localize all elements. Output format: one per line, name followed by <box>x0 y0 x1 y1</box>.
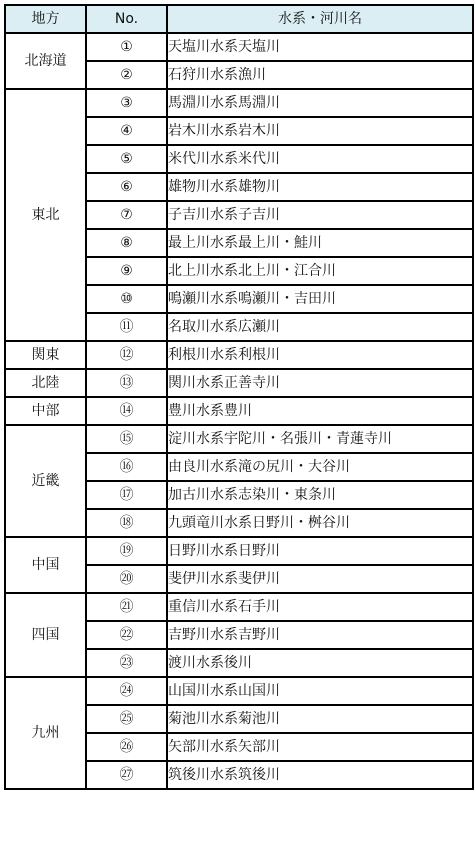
number-cell: ㉒ <box>86 621 167 649</box>
number-cell: ㉗ <box>86 761 167 789</box>
number-cell: ⑮ <box>86 425 167 453</box>
river-name-cell: 日野川水系日野川 <box>167 537 473 565</box>
river-name-cell: 利根川水系利根川 <box>167 341 473 369</box>
number-cell: ㉑ <box>86 593 167 621</box>
header-row: 地方 No. 水系・河川名 <box>5 5 473 33</box>
river-name-cell: 重信川水系石手川 <box>167 593 473 621</box>
number-cell: ③ <box>86 89 167 117</box>
river-name-cell: 馬淵川水系馬淵川 <box>167 89 473 117</box>
river-name-cell: 天塩川水系天塩川 <box>167 33 473 61</box>
region-cell-tohoku: 東北 <box>5 89 86 341</box>
river-name-cell: 米代川水系米代川 <box>167 145 473 173</box>
number-cell: ② <box>86 61 167 89</box>
number-cell: ㉕ <box>86 705 167 733</box>
river-name-cell: 淀川水系宇陀川・名張川・青蓮寺川 <box>167 425 473 453</box>
number-cell: ⑩ <box>86 285 167 313</box>
river-name-cell: 子吉川水系子吉川 <box>167 201 473 229</box>
river-name-cell: 矢部川水系矢部川 <box>167 733 473 761</box>
table-row: 九州 ㉔ 山国川水系山国川 <box>5 677 473 705</box>
region-cell-hokkaido: 北海道 <box>5 33 86 89</box>
river-name-cell: 豊川水系豊川 <box>167 397 473 425</box>
region-cell-kinki: 近畿 <box>5 425 86 537</box>
table-row: 中国 ⑲ 日野川水系日野川 <box>5 537 473 565</box>
river-name-cell: 石狩川水系漁川 <box>167 61 473 89</box>
river-name-cell: 北上川水系北上川・江合川 <box>167 257 473 285</box>
number-cell: ⑥ <box>86 173 167 201</box>
table-row: 近畿 ⑮ 淀川水系宇陀川・名張川・青蓮寺川 <box>5 425 473 453</box>
river-name-cell: 雄物川水系雄物川 <box>167 173 473 201</box>
number-cell: ⑤ <box>86 145 167 173</box>
header-no: No. <box>86 5 167 33</box>
number-cell: ⑬ <box>86 369 167 397</box>
header-region: 地方 <box>5 5 86 33</box>
river-name-cell: 岩木川水系岩木川 <box>167 117 473 145</box>
number-cell: ⑰ <box>86 481 167 509</box>
region-cell-kanto: 関東 <box>5 341 86 369</box>
number-cell: ④ <box>86 117 167 145</box>
region-cell-chubu: 中部 <box>5 397 86 425</box>
river-name-cell: 山国川水系山国川 <box>167 677 473 705</box>
number-cell: ㉓ <box>86 649 167 677</box>
number-cell: ⑦ <box>86 201 167 229</box>
table-row: 北陸 ⑬ 関川水系正善寺川 <box>5 369 473 397</box>
number-cell: ㉖ <box>86 733 167 761</box>
river-name-cell: 鳴瀬川水系鳴瀬川・吉田川 <box>167 285 473 313</box>
river-name-cell: 菊池川水系菊池川 <box>167 705 473 733</box>
river-name-cell: 渡川水系後川 <box>167 649 473 677</box>
header-name: 水系・河川名 <box>167 5 473 33</box>
number-cell: ⑯ <box>86 453 167 481</box>
number-cell: ㉔ <box>86 677 167 705</box>
number-cell: ⑪ <box>86 313 167 341</box>
number-cell: ⑲ <box>86 537 167 565</box>
river-name-cell: 最上川水系最上川・鮭川 <box>167 229 473 257</box>
river-name-cell: 由良川水系滝の尻川・大谷川 <box>167 453 473 481</box>
river-name-cell: 筑後川水系筑後川 <box>167 761 473 789</box>
number-cell: ⑨ <box>86 257 167 285</box>
number-cell: ⑭ <box>86 397 167 425</box>
table-body: 北海道 ① 天塩川水系天塩川 ② 石狩川水系漁川 東北 ③ 馬淵川水系馬淵川 ④… <box>5 33 473 789</box>
region-cell-kyushu: 九州 <box>5 677 86 789</box>
table-row: 中部 ⑭ 豊川水系豊川 <box>5 397 473 425</box>
river-name-cell: 名取川水系広瀬川 <box>167 313 473 341</box>
number-cell: ⑱ <box>86 509 167 537</box>
river-name-cell: 九頭竜川水系日野川・桝谷川 <box>167 509 473 537</box>
river-name-cell: 関川水系正善寺川 <box>167 369 473 397</box>
river-name-cell: 斐伊川水系斐伊川 <box>167 565 473 593</box>
region-cell-shikoku: 四国 <box>5 593 86 677</box>
region-cell-hokuriku: 北陸 <box>5 369 86 397</box>
table-row: 東北 ③ 馬淵川水系馬淵川 <box>5 89 473 117</box>
river-name-cell: 加古川水系志染川・東条川 <box>167 481 473 509</box>
number-cell: ① <box>86 33 167 61</box>
river-name-cell: 吉野川水系吉野川 <box>167 621 473 649</box>
number-cell: ⑧ <box>86 229 167 257</box>
table-row: 北海道 ① 天塩川水系天塩川 <box>5 33 473 61</box>
table-row: 関東 ⑫ 利根川水系利根川 <box>5 341 473 369</box>
river-system-table: 地方 No. 水系・河川名 北海道 ① 天塩川水系天塩川 ② 石狩川水系漁川 東… <box>4 4 474 790</box>
number-cell: ⑫ <box>86 341 167 369</box>
region-cell-chugoku: 中国 <box>5 537 86 593</box>
number-cell: ⑳ <box>86 565 167 593</box>
table-row: 四国 ㉑ 重信川水系石手川 <box>5 593 473 621</box>
